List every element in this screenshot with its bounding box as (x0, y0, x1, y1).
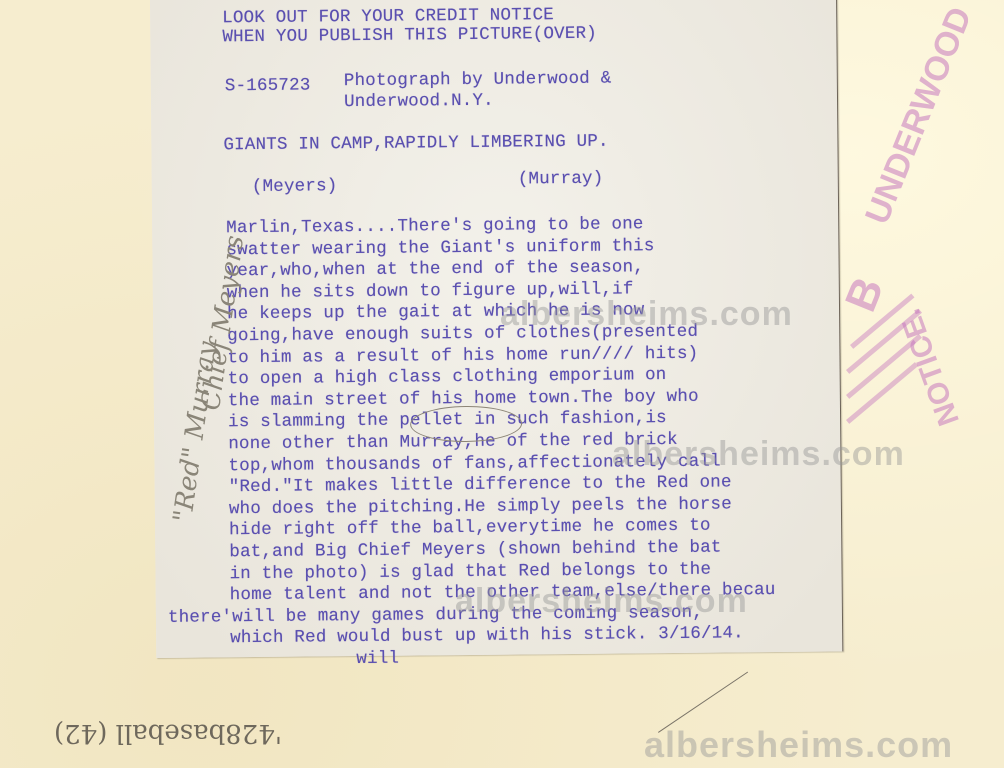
credit-line-1: Photograph by Underwood & (344, 68, 612, 93)
name-right: (Murray) (518, 168, 604, 191)
watermark-4: albersheims.com (644, 724, 953, 766)
stamp-letter: B (836, 271, 894, 319)
credit-notice-line-2: WHEN YOU PUBLISH THIS PICTURE(OVER) (222, 23, 597, 49)
stamp-underwood: UNDERWOOD (858, 2, 980, 230)
pencil-stroke (658, 672, 748, 733)
headline: GIANTS IN CAMP,RAPIDLY LIMBERING UP. (223, 131, 608, 157)
credit-line-2: Underwood.N.Y. (344, 90, 494, 113)
caption-paper: LOOK OUT FOR YOUR CREDIT NOTICE WHEN YOU… (150, 0, 843, 658)
photo-number: S-165723 (225, 74, 311, 97)
caption-body-line: which Red would bust up with his stick. … (230, 623, 744, 650)
name-left: (Meyers) (252, 175, 338, 198)
handwritten-inventory-note: '428baseball (42) (54, 718, 282, 748)
caption-body-line: will (356, 648, 399, 670)
